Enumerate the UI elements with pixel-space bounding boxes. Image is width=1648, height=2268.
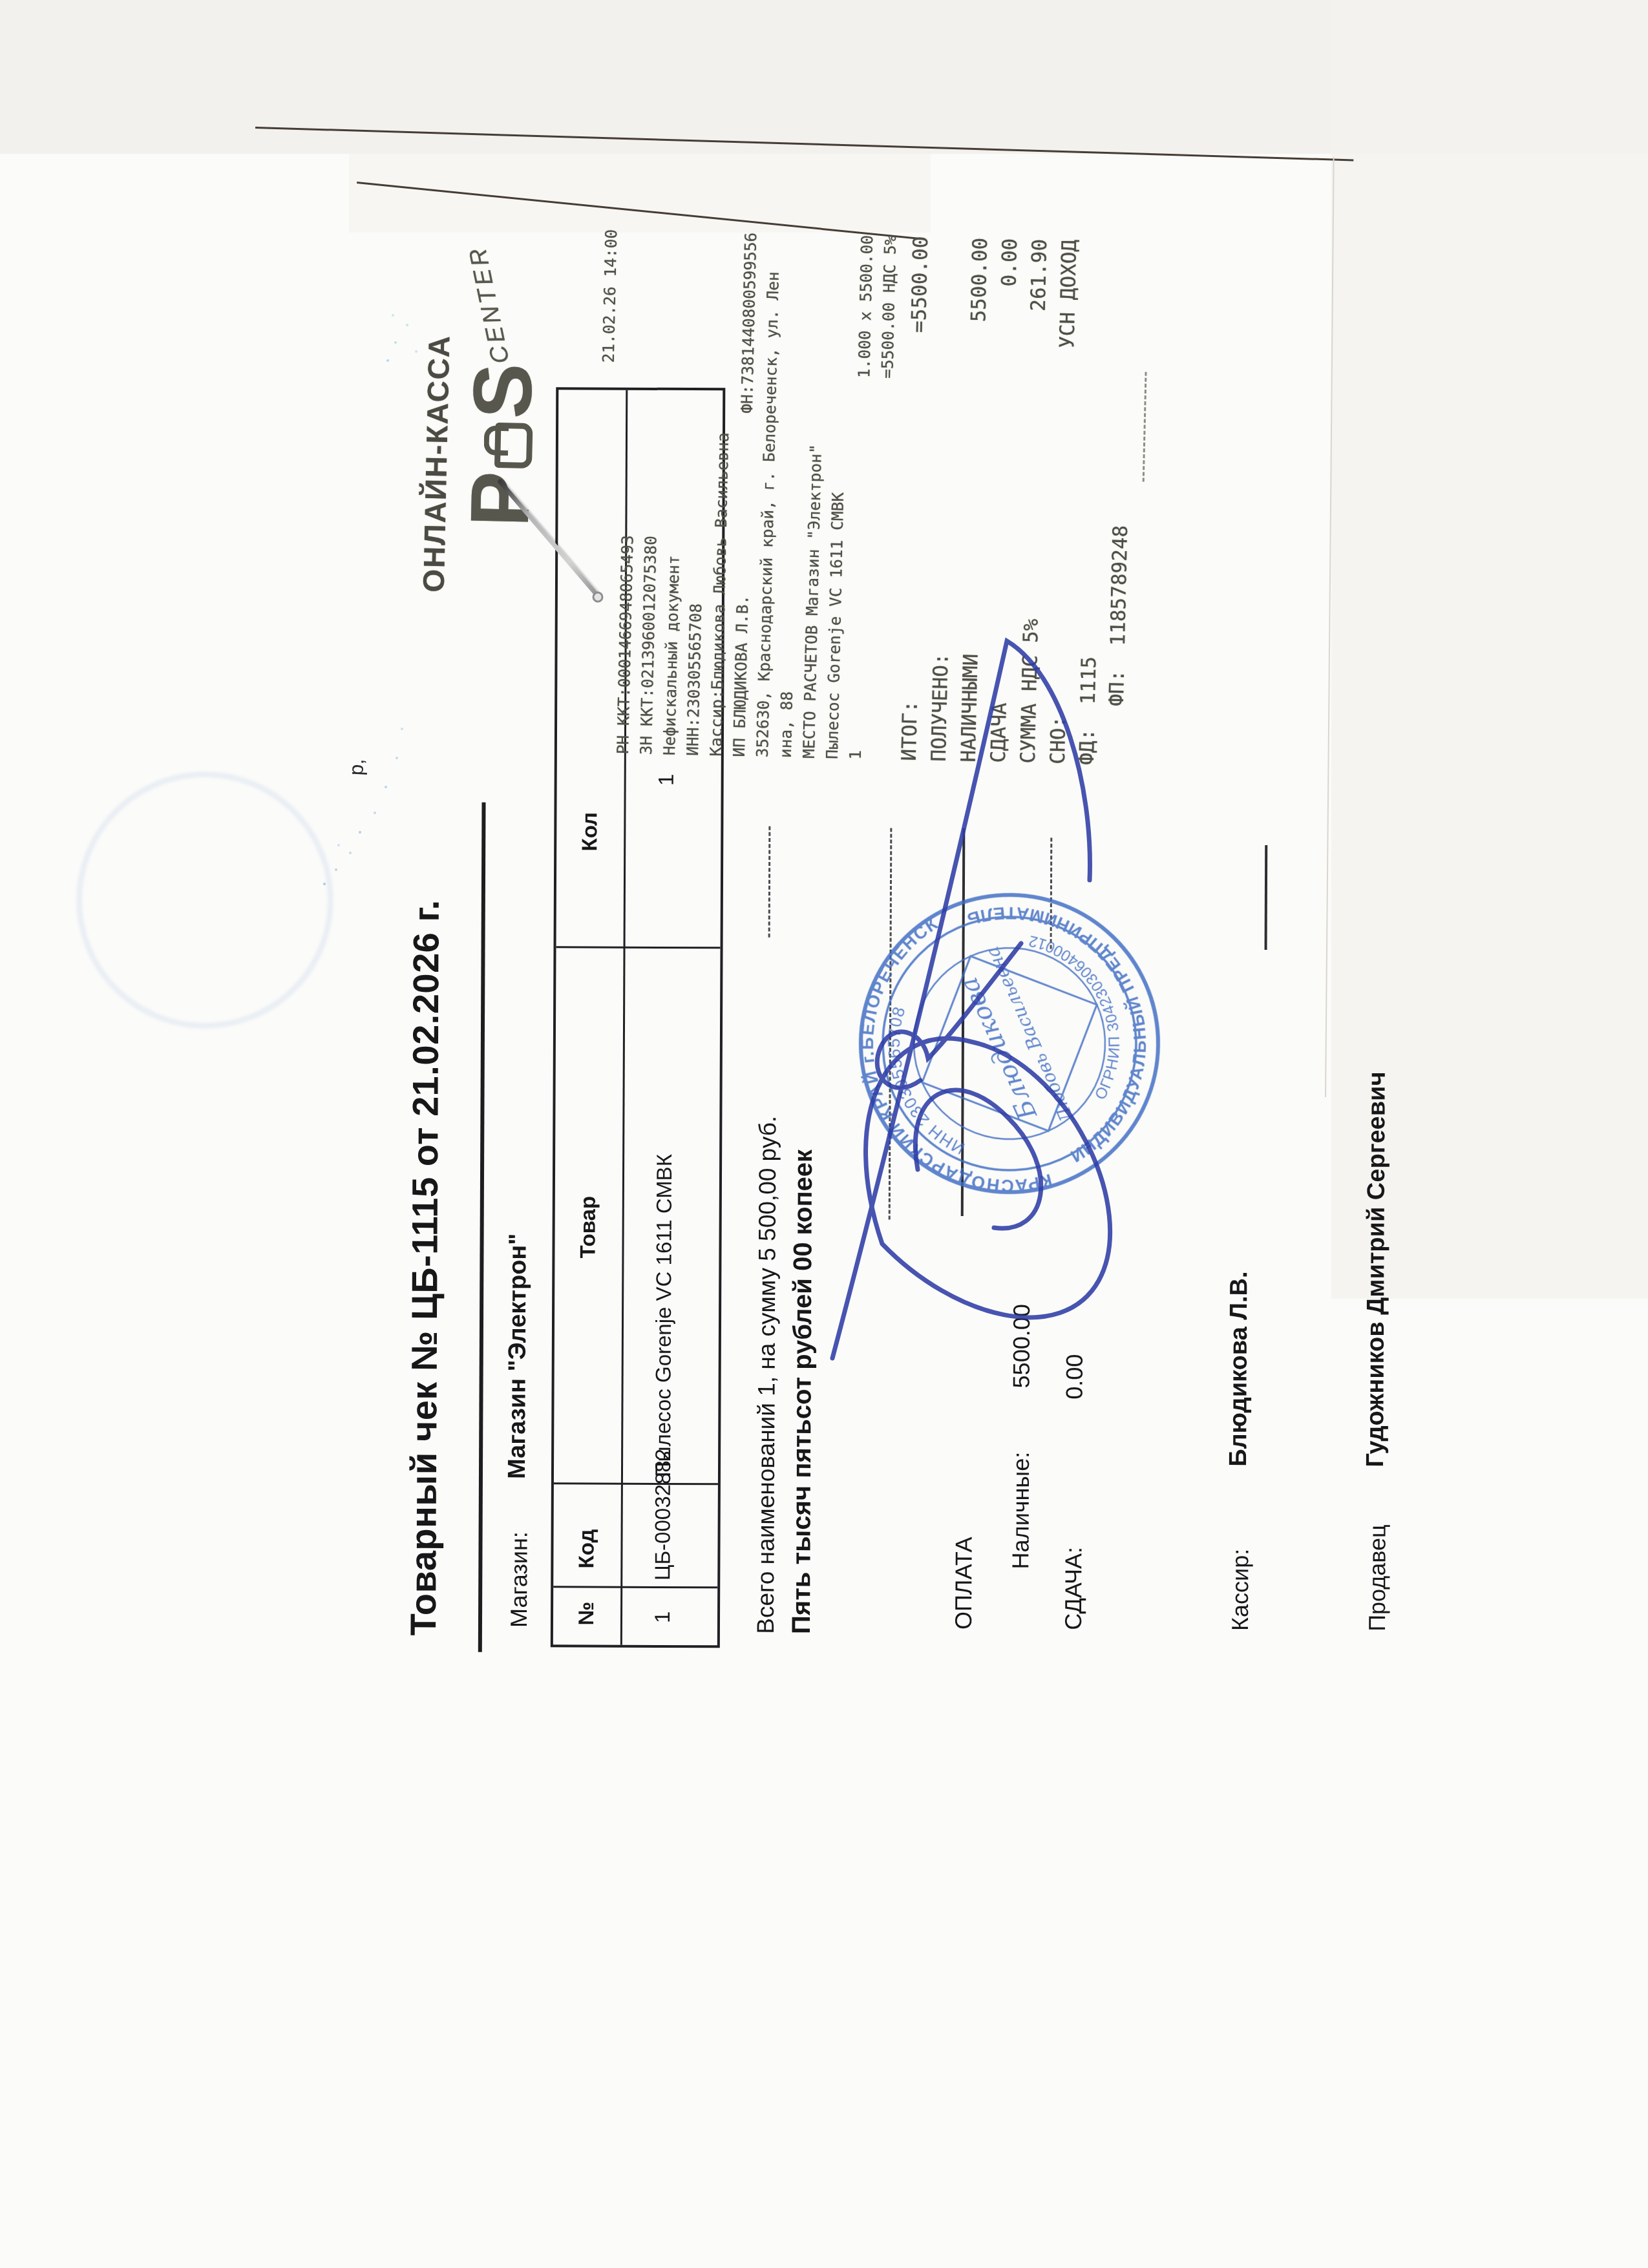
- col-header-code: Код: [574, 1529, 598, 1569]
- cashier-label: Кассир:: [1227, 1549, 1254, 1631]
- row-item: Пылесос Gorenje VC 1611 СМВК: [651, 1154, 677, 1477]
- pen-signature: [795, 569, 1196, 1409]
- cashier-name: Блюдикова Л.В.: [1225, 1271, 1253, 1467]
- document-title: Товарный чек № ЦБ-1115 от 21.02.2026 г.: [402, 899, 447, 1635]
- cash-label: Наличные:: [1007, 1452, 1035, 1570]
- seller-name: Гудожников Дмитрий Сергеевич: [1362, 1071, 1391, 1467]
- col-header-item: Товар: [575, 1196, 600, 1259]
- pos-center-logo: PS CENTER: [450, 226, 600, 754]
- col-header-qty: Кол: [577, 812, 602, 852]
- table-column-line: [553, 1586, 717, 1588]
- logo-s: S: [456, 362, 550, 420]
- seller-label: Продавец: [1364, 1524, 1391, 1632]
- ink-speckles: [323, 883, 326, 885]
- rule-segment: [768, 826, 771, 938]
- logo-letters: PS: [459, 362, 545, 528]
- row-num: 1: [650, 1611, 675, 1623]
- basket-icon: [494, 422, 533, 468]
- rotated-sheet: Товарный чек № ЦБ-1115 от 21.02.2026 г. …: [0, 0, 1648, 2268]
- title-underline: [478, 803, 486, 1652]
- table-column-line: [556, 946, 721, 949]
- stray-ink-mark: р,: [344, 758, 368, 776]
- table-column-line: [554, 1482, 718, 1485]
- signature-line: [1265, 845, 1268, 950]
- col-header-num: №: [574, 1602, 598, 1626]
- store-value: Магазин "Электрон": [503, 1234, 533, 1480]
- scanned-page: Товарный чек № ЦБ-1115 от 21.02.2026 г. …: [0, 0, 1648, 2268]
- summary-line: Всего наименований 1, на сумму 5 500,00 …: [752, 1116, 781, 1634]
- store-label: Магазин:: [505, 1531, 533, 1628]
- logo-center-label: CENTER: [464, 242, 516, 366]
- change-label: СДАЧА:: [1060, 1547, 1088, 1630]
- cyan-speckles: [386, 359, 389, 362]
- payment-header: ОПЛАТА: [950, 1537, 978, 1630]
- row-qty: 1: [654, 773, 679, 786]
- stamp-bleed-ghost: [76, 772, 333, 1029]
